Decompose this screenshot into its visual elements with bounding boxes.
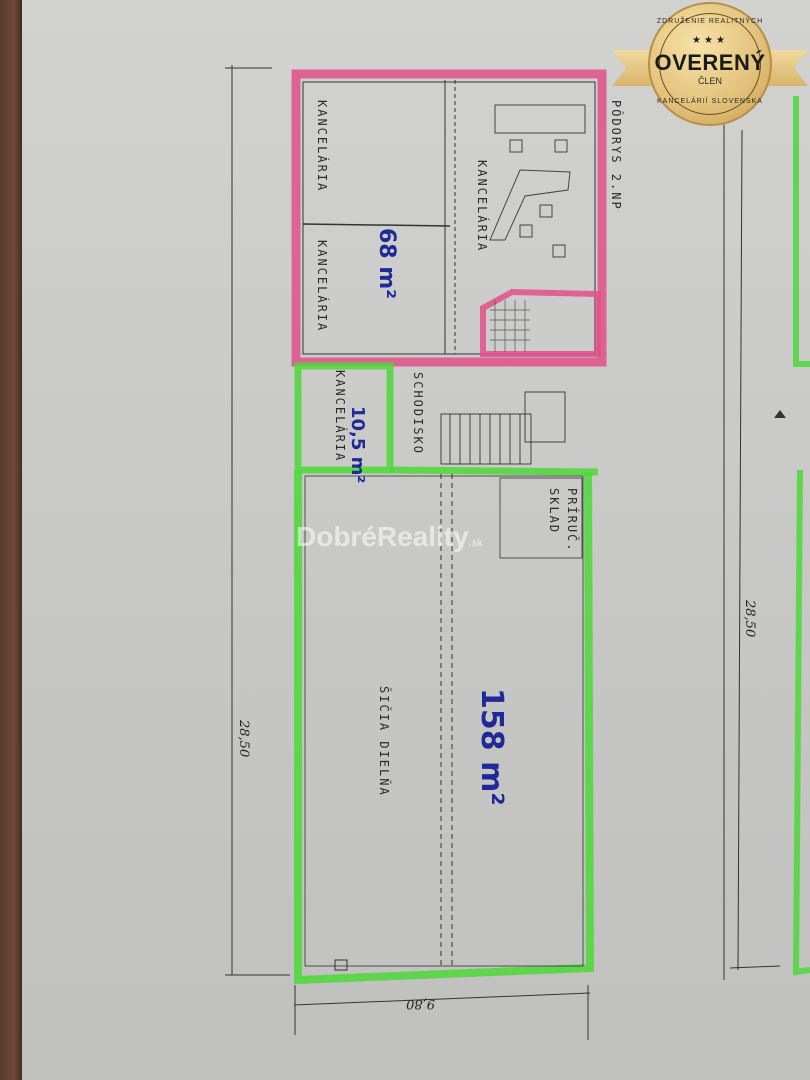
room-label-office-2: KANCELÁRIA xyxy=(315,240,330,332)
office-block xyxy=(296,74,602,362)
room-label-storage-2: SKLAD xyxy=(547,488,561,534)
room-label-staircase: SCHODISKO xyxy=(411,372,425,455)
room-label-office-3: KANCELÁRIA xyxy=(475,160,490,252)
room-label-workshop: ŠIČIA DIELŇA xyxy=(377,686,392,797)
dimension-right-length: 28,50 xyxy=(742,599,757,637)
watermark-suffix: .sk xyxy=(469,538,483,549)
badge-top-text: ZDRUŽENIE REALITNÝCH xyxy=(648,18,772,25)
dimension-total-length: 28,50 xyxy=(236,719,251,757)
area-label-68: 68 m² xyxy=(374,228,399,299)
badge-bottom-text: KANCELÁRIÍ SLOVENSKA xyxy=(648,98,772,105)
area-label-158: 158 m² xyxy=(474,688,509,805)
room-label-storage-1: PRÍRUČ. xyxy=(565,488,580,553)
room-label-office-1: KANCELÁRIA xyxy=(315,100,330,192)
badge-subtitle: ČLEN xyxy=(648,76,772,86)
badge-title: OVERENÝ xyxy=(648,50,772,76)
watermark-brand: DobréReality xyxy=(296,521,469,552)
room-label-office-small: KANCELÁRIA xyxy=(333,370,348,462)
watermark: DobréReality.sk xyxy=(296,521,483,553)
star-icons: ★★★ xyxy=(648,35,772,46)
area-label-10: 10,5 m² xyxy=(347,406,368,483)
dimension-width: 9,80 xyxy=(406,996,435,1011)
medal: ZDRUŽENIE REALITNÝCH ★★★ OVERENÝ ČLEN KA… xyxy=(648,2,772,126)
verified-member-badge: ZDRUŽENIE REALITNÝCH ★★★ OVERENÝ ČLEN KA… xyxy=(612,2,808,130)
adjacent-plan-edge xyxy=(774,96,810,972)
